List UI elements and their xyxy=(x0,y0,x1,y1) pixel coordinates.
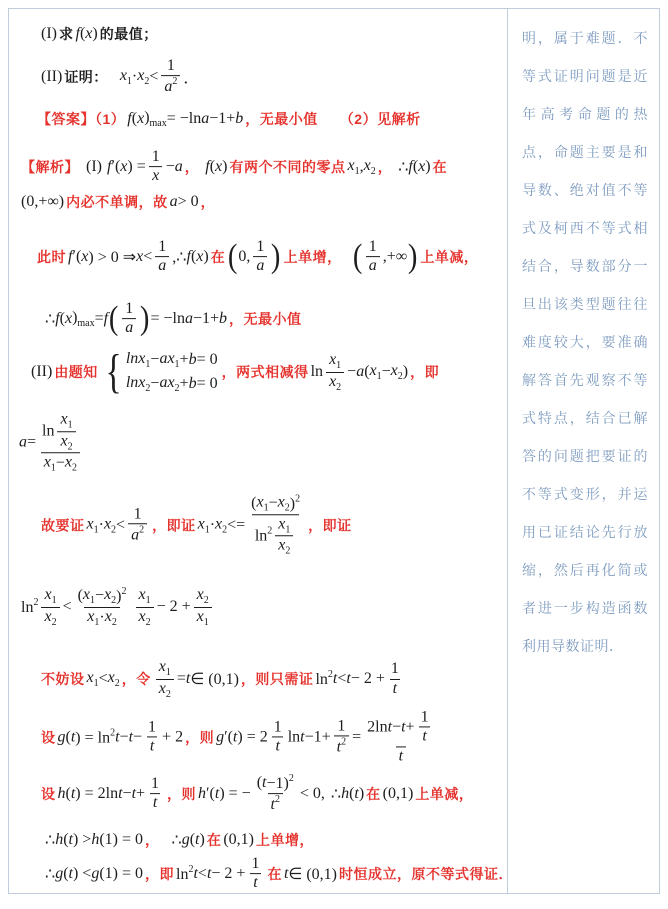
math-roman: 2ln xyxy=(367,718,387,736)
spacer xyxy=(110,77,120,78)
math-roman: − xyxy=(150,375,159,393)
math-italic: x xyxy=(215,158,222,176)
math-roman: − xyxy=(392,718,401,736)
math-italic: x1 xyxy=(198,515,210,535)
math-italic: t xyxy=(422,728,426,746)
math-italic: x xyxy=(81,248,88,266)
chinese-text: ， xyxy=(201,192,216,212)
chinese-text: ，则 xyxy=(185,727,214,747)
substitution-line: 不妨设x1 < x2，令x1x2= t ∈ (0,1)，则只需证ln2t < t… xyxy=(39,658,405,700)
math-italic: a xyxy=(185,310,193,328)
math-roman: ∈ (0,1) xyxy=(190,669,239,689)
math-italic: x2 xyxy=(159,680,171,701)
math-roman: ∴ xyxy=(398,157,408,177)
math-roman: − xyxy=(56,454,65,472)
math-italic: x2 xyxy=(65,453,77,474)
math-italic: h xyxy=(58,785,66,803)
fraction: x1x2 xyxy=(57,410,75,452)
math-roman: ′( xyxy=(224,728,233,746)
math-italic: t xyxy=(253,875,257,893)
chinese-text: ，则 xyxy=(167,784,196,804)
math-italic: a xyxy=(256,258,264,276)
analysis-line-1: 【解析】(I)f′(x) = 1x− a，f(x)有两个不同的零点x1,x2，∴… xyxy=(19,148,449,186)
chinese-text: ，无最小值 xyxy=(229,309,302,329)
math-italic: lnx2 xyxy=(126,374,151,394)
math-italic: a xyxy=(369,258,377,276)
math-roman: ln2 xyxy=(21,597,38,617)
math-roman: 1 xyxy=(148,718,156,736)
math-italic: x1 xyxy=(278,515,290,536)
chinese-text: 在 xyxy=(211,247,226,267)
math-roman: < 0, xyxy=(300,785,325,803)
system-line: (II)由题知{lnx1 − ax1 + b = 0lnx2 − ax2 + b… xyxy=(31,350,441,394)
math-roman: − xyxy=(347,363,356,381)
math-roman: −1+ xyxy=(209,110,235,128)
answer-line: 【答案】（1）f(x)max = −lna −1+ b，无最小值（2）见解析 xyxy=(35,109,423,129)
math-italic: x2 xyxy=(391,362,403,382)
math-roman: ln2 xyxy=(255,526,272,546)
chinese-text: 上单减， xyxy=(420,247,478,267)
math-italic: x2 xyxy=(44,608,56,629)
math-italic: x xyxy=(418,158,425,176)
page: (I)求f(x)的最值；(II)证明：x1 · x2 < 1a2．【答案】（1）… xyxy=(0,0,668,909)
fraction: (x1 − x2)2ln2x1x2 xyxy=(248,493,303,557)
math-roman: − 2 + xyxy=(157,598,191,616)
math-roman: 1 xyxy=(167,57,175,75)
math-italic: x2 xyxy=(104,586,116,607)
math-italic: h xyxy=(341,785,349,803)
math-italic: f xyxy=(104,310,108,328)
math-italic: a2 xyxy=(131,525,144,545)
math-roman: 1 xyxy=(337,717,345,735)
math-italic: a xyxy=(175,158,183,176)
math-roman: < xyxy=(337,670,346,688)
to-prove-line: 故要证x1 · x2 < 1a2，即证x1 · x2 <= (x1 − x2)2… xyxy=(39,493,354,557)
math-italic: g xyxy=(58,728,66,746)
math-italic: x1 xyxy=(347,157,359,177)
chinese-text: 【答案】（1） xyxy=(37,109,125,129)
math-roman: 1 xyxy=(391,660,399,678)
math-roman: ) = − xyxy=(219,785,250,803)
chinese-text: 时恒成立，原不等式得证． xyxy=(339,864,507,884)
math-roman: ∴ xyxy=(45,864,55,884)
math-roman: 1 xyxy=(256,238,264,256)
math-italic: h xyxy=(55,831,63,849)
solution-area: (I)求f(x)的最值；(II)证明：x1 · x2 < 1a2．【答案】（1）… xyxy=(9,9,507,893)
question-part-2: (II)证明：x1 · x2 < 1a2． xyxy=(41,57,199,97)
chinese-text: ，则只需证 xyxy=(241,669,314,689)
math-roman: + xyxy=(180,351,189,369)
fraction: x1x2 xyxy=(326,351,344,393)
math-roman: ′( xyxy=(206,785,215,803)
math-italic: a xyxy=(125,320,133,338)
a-expression-line: a = lnx1x2x1 − x2 xyxy=(19,410,85,474)
math-roman: ) > 0 ⇒ xyxy=(88,247,136,267)
inequality-line: ln2x1x2 < (x1 − x2)2x1 · x2x1x2− 2 + x2x… xyxy=(21,586,215,628)
math-roman: − xyxy=(120,728,129,746)
h-monotonic-line: ∴ h(t) > h(1) = 0，∴ g(t)在(0,1)上单增， xyxy=(45,830,316,850)
math-roman: ) xyxy=(403,363,408,381)
math-italic: g xyxy=(55,865,63,883)
math-italic: b xyxy=(235,110,243,128)
fraction: 1a xyxy=(122,300,136,338)
fraction: 1a2 xyxy=(161,57,180,97)
chinese-text: 上单增， xyxy=(284,247,342,267)
math-roman: = 0 xyxy=(197,351,218,369)
math-italic: x1 xyxy=(329,351,341,372)
math-roman: )max xyxy=(72,309,95,329)
math-roman: )2 xyxy=(116,586,126,606)
chinese-text: 证明： xyxy=(64,67,108,87)
math-roman: (0,1) xyxy=(383,785,414,803)
math-roman: 1 xyxy=(274,718,282,736)
math-roman: ln2 xyxy=(315,669,332,689)
chinese-text: ， xyxy=(378,157,393,177)
math-italic: x1 xyxy=(44,586,56,607)
math-roman: ) xyxy=(203,248,208,266)
g-function-line: 设g(t) = ln2t − t − 1t+ 2，则g′(t) = 21tlnt… xyxy=(39,708,441,765)
fraction: 1a xyxy=(366,238,380,276)
math-italic: x2 xyxy=(137,67,149,87)
math-roman: ∴ xyxy=(45,309,55,329)
math-italic: ax1 xyxy=(159,350,179,370)
chinese-text: 由题知 xyxy=(54,362,98,382)
math-roman: ,+∞ xyxy=(383,248,407,266)
math-roman: 1 xyxy=(251,855,259,873)
chinese-text: 在 xyxy=(267,864,282,884)
math-roman: − 2 + xyxy=(211,865,245,883)
math-italic: x2 xyxy=(278,536,290,557)
math-italic: t xyxy=(153,795,157,813)
fraction: x2x1 xyxy=(194,586,212,628)
math-italic: h xyxy=(198,785,206,803)
math-roman: < xyxy=(143,248,152,266)
math-roman: ) = 2 xyxy=(237,728,267,746)
math-roman: < xyxy=(99,670,108,688)
chinese-text: 在 xyxy=(366,784,381,804)
math-roman: 1 xyxy=(152,148,160,166)
math-roman: (II) xyxy=(41,68,62,86)
math-roman: 0, xyxy=(238,248,250,266)
math-italic: a xyxy=(158,258,166,276)
chinese-text: 求 xyxy=(59,24,74,44)
equation-system: {lnx1 − ax1 + b = 0lnx2 − ax2 + b = 0 xyxy=(102,350,218,394)
math-roman: 1 xyxy=(134,505,142,523)
math-roman: ) xyxy=(222,158,227,176)
math-roman: (I) xyxy=(86,158,102,176)
math-roman: 1 xyxy=(151,775,159,793)
chinese-text: 在 xyxy=(433,157,448,177)
math-roman: ． xyxy=(183,66,199,89)
math-italic: a xyxy=(19,433,27,451)
math-roman: ) < xyxy=(73,865,91,883)
math-italic: x1 xyxy=(120,67,132,87)
fraction: 1a xyxy=(253,238,267,276)
math-roman: (II) xyxy=(31,363,52,381)
math-italic: t2 xyxy=(337,736,346,756)
math-italic: x1 xyxy=(44,453,56,474)
math-italic: x2 xyxy=(60,432,72,453)
math-italic: b xyxy=(189,351,197,369)
math-italic: x xyxy=(136,248,143,266)
math-italic: lnx1 xyxy=(126,350,151,370)
fraction: 1t xyxy=(271,718,285,756)
math-roman: < xyxy=(149,68,158,86)
math-italic: x1 xyxy=(87,608,99,629)
math-roman: + xyxy=(406,718,415,736)
math-roman: −1+ xyxy=(193,310,219,328)
math-roman: = −ln xyxy=(150,310,185,328)
math-italic: g xyxy=(91,865,99,883)
math-italic: t xyxy=(150,737,154,755)
math-roman: ,∴ xyxy=(172,247,186,267)
math-roman: ln xyxy=(311,363,323,381)
fraction: 2lnt − t + 1tt xyxy=(364,708,437,765)
fraction: x1x2 xyxy=(275,515,293,557)
math-roman: ) = ln2 xyxy=(75,727,115,747)
math-italic: x2 xyxy=(108,669,120,689)
fraction: x1x2 xyxy=(136,586,154,628)
math-roman: (I) xyxy=(41,25,57,43)
math-italic: x1 xyxy=(87,515,99,535)
fraction: x1x2 xyxy=(156,658,174,700)
math-italic: t xyxy=(393,680,397,698)
math-roman: = xyxy=(95,310,104,328)
fraction: 1t xyxy=(148,775,162,813)
fraction: 1t xyxy=(145,718,159,756)
math-italic: x xyxy=(137,110,144,128)
math-italic: x xyxy=(65,310,72,328)
math-roman: ) xyxy=(425,158,430,176)
chinese-text: ，无最小值 xyxy=(245,109,318,129)
math-italic: g xyxy=(216,728,224,746)
math-italic: a xyxy=(170,193,178,211)
fraction: x1x2 xyxy=(41,586,59,628)
math-roman: ) xyxy=(359,785,364,803)
fraction: 1x xyxy=(149,148,163,186)
chinese-text: 故要证 xyxy=(41,515,85,535)
math-roman: ∈ (0,1) xyxy=(288,864,337,884)
math-roman: 1 xyxy=(125,300,133,318)
math-italic: a xyxy=(356,363,364,381)
math-roman: < xyxy=(116,516,125,534)
fraction: lnx1x2x1 − x2 xyxy=(39,410,82,474)
spacer xyxy=(344,257,352,258)
math-roman: − xyxy=(269,494,278,512)
math-italic: t xyxy=(399,747,403,765)
math-roman: − 2 + xyxy=(351,670,385,688)
chinese-text: ， xyxy=(145,830,160,850)
analysis-line-2: (0,+∞)内必不单调，故a > 0， xyxy=(21,192,217,212)
math-roman: 1 xyxy=(158,238,166,256)
math-italic: a2 xyxy=(164,77,177,97)
chinese-text: （2）见解析 xyxy=(340,109,421,129)
chinese-text: 有两个不同的零点 xyxy=(229,157,345,177)
chinese-text: 设 xyxy=(41,784,56,804)
chinese-text: 上单增， xyxy=(256,830,314,850)
math-roman: ) xyxy=(199,831,204,849)
fraction: (t −1)2t2 xyxy=(254,773,297,815)
math-roman: + 2 xyxy=(162,728,183,746)
math-italic: t2 xyxy=(271,795,280,815)
math-roman: <= xyxy=(227,516,245,534)
math-roman: + xyxy=(180,375,189,393)
math-roman: = −ln xyxy=(167,110,202,128)
math-italic: x xyxy=(196,248,203,266)
chinese-text: ，令 xyxy=(122,669,151,689)
math-roman: ) xyxy=(92,25,97,43)
math-italic: x2 xyxy=(105,608,117,629)
math-italic: ax2 xyxy=(159,374,179,394)
math-italic: x1 xyxy=(83,586,95,607)
chinese-text: ，即证 xyxy=(308,515,352,535)
math-roman: ) > xyxy=(73,831,91,849)
math-roman: − xyxy=(166,158,175,176)
chinese-text: 内必不单调，故 xyxy=(66,192,168,212)
math-roman: + xyxy=(136,785,145,803)
fraction: 1t xyxy=(388,660,402,698)
math-roman: ′( xyxy=(72,248,81,266)
chinese-text: ，两式相减得 xyxy=(222,362,309,382)
math-roman: − xyxy=(123,785,132,803)
question-part-1: (I)求f(x)的最值； xyxy=(41,24,160,44)
math-italic: x1 xyxy=(60,410,72,431)
math-italic: x1 xyxy=(87,669,99,689)
chinese-text: ，即 xyxy=(410,362,439,382)
math-roman: )2 xyxy=(290,493,300,513)
math-italic: a xyxy=(201,110,209,128)
math-italic: x1 xyxy=(370,362,382,382)
chinese-text: 【解析】 xyxy=(21,157,79,177)
chinese-text: 的最值； xyxy=(100,24,158,44)
math-italic: h xyxy=(91,831,99,849)
chinese-text: ，即 xyxy=(145,864,174,884)
math-roman: ln xyxy=(288,728,300,746)
math-roman: (0,1) xyxy=(223,831,254,849)
fraction: 1a2 xyxy=(128,505,147,545)
chinese-text: 不妨设 xyxy=(41,669,85,689)
fraction: 1t xyxy=(418,708,432,746)
chinese-text: ，即证 xyxy=(152,515,196,535)
math-italic: x2 xyxy=(364,157,376,177)
math-italic: t xyxy=(275,737,279,755)
comment-sidebar: 明，属于难题．不等式证明问题是近年高考命题的热点，命题主要是和导数、绝对值不等式… xyxy=(507,9,661,893)
fraction: 1a xyxy=(155,238,169,276)
fraction: 1t2 xyxy=(334,717,349,757)
math-roman: (1) = 0 xyxy=(99,865,143,883)
max-value-line: ∴ f(x)max = f(1a)= −lna −1+ b，无最小值 xyxy=(45,300,304,338)
math-italic: x xyxy=(120,158,127,176)
math-roman: −1)2 xyxy=(266,773,293,793)
conclusion-line: ∴ g(t) < g(1) = 0，即ln2t < t − 2 + 1t在t ∈… xyxy=(45,855,507,893)
math-roman: − xyxy=(150,351,159,369)
math-italic: x1 xyxy=(257,493,269,514)
math-roman: ∴ xyxy=(331,784,341,804)
math-roman: −1+ xyxy=(305,728,331,746)
math-italic: b xyxy=(219,310,227,328)
chinese-text: 此时 xyxy=(37,247,66,267)
document-frame: (I)求f(x)的最值；(II)证明：x1 · x2 < 1a2．【答案】（1）… xyxy=(8,8,660,894)
math-roman: < xyxy=(63,598,72,616)
math-roman: = xyxy=(177,670,186,688)
math-roman: ′( xyxy=(111,158,120,176)
math-roman: )max xyxy=(144,109,167,129)
math-roman: − xyxy=(133,728,142,746)
math-italic: x xyxy=(152,168,159,186)
math-roman: = 0 xyxy=(197,375,218,393)
math-italic: x1 xyxy=(159,658,171,679)
math-roman: < xyxy=(198,865,207,883)
math-roman: ) = xyxy=(127,158,145,176)
math-italic: g xyxy=(182,831,190,849)
math-roman: 1 xyxy=(369,238,377,256)
math-italic: x2 xyxy=(215,515,227,535)
math-italic: x2 xyxy=(139,608,151,629)
math-italic: x2 xyxy=(104,515,116,535)
math-roman: ∴ xyxy=(45,830,55,850)
chinese-text: ， xyxy=(185,157,200,177)
math-italic: x2 xyxy=(329,373,341,394)
math-italic: x2 xyxy=(197,586,209,607)
math-roman: 1 xyxy=(421,708,429,726)
math-roman: ∴ xyxy=(172,830,182,850)
math-roman: = xyxy=(352,728,361,746)
fraction: (x1 − x2)2x1 · x2 xyxy=(75,586,130,628)
math-roman: (0,+∞) xyxy=(21,193,64,211)
math-roman: ln2 xyxy=(176,864,193,884)
comment-text: 明，属于难题．不等式证明问题是近年高考命题的热点，命题主要是和导数、绝对值不等式… xyxy=(522,19,648,665)
math-roman: − xyxy=(382,363,391,381)
chinese-text: 设 xyxy=(41,727,56,747)
math-italic: x xyxy=(85,25,92,43)
chinese-text: 在 xyxy=(207,830,222,850)
fraction: 1t xyxy=(248,855,262,893)
spacer xyxy=(162,840,172,841)
math-roman: − xyxy=(95,587,104,605)
math-italic: b xyxy=(189,375,197,393)
math-roman: = xyxy=(27,433,36,451)
spacer xyxy=(320,119,338,120)
math-roman: > 0 xyxy=(178,193,199,211)
math-roman: (1) = 0 xyxy=(99,831,143,849)
math-italic: x1 xyxy=(139,586,151,607)
math-italic: x1 xyxy=(197,608,209,629)
chinese-text: 上单减， xyxy=(415,784,473,804)
math-italic: x2 xyxy=(278,493,290,514)
h-function-line: 设h(t) = 2lnt − t + 1t，则h′(t) = −(t −1)2t… xyxy=(39,773,475,815)
monotonic-line: 此时f′(x) > 0 ⇒ x < 1a,∴ f(x)在(0,1a)上单增，(1… xyxy=(35,238,480,276)
math-roman: ) = 2ln xyxy=(75,785,118,803)
math-roman: ln xyxy=(42,422,54,440)
